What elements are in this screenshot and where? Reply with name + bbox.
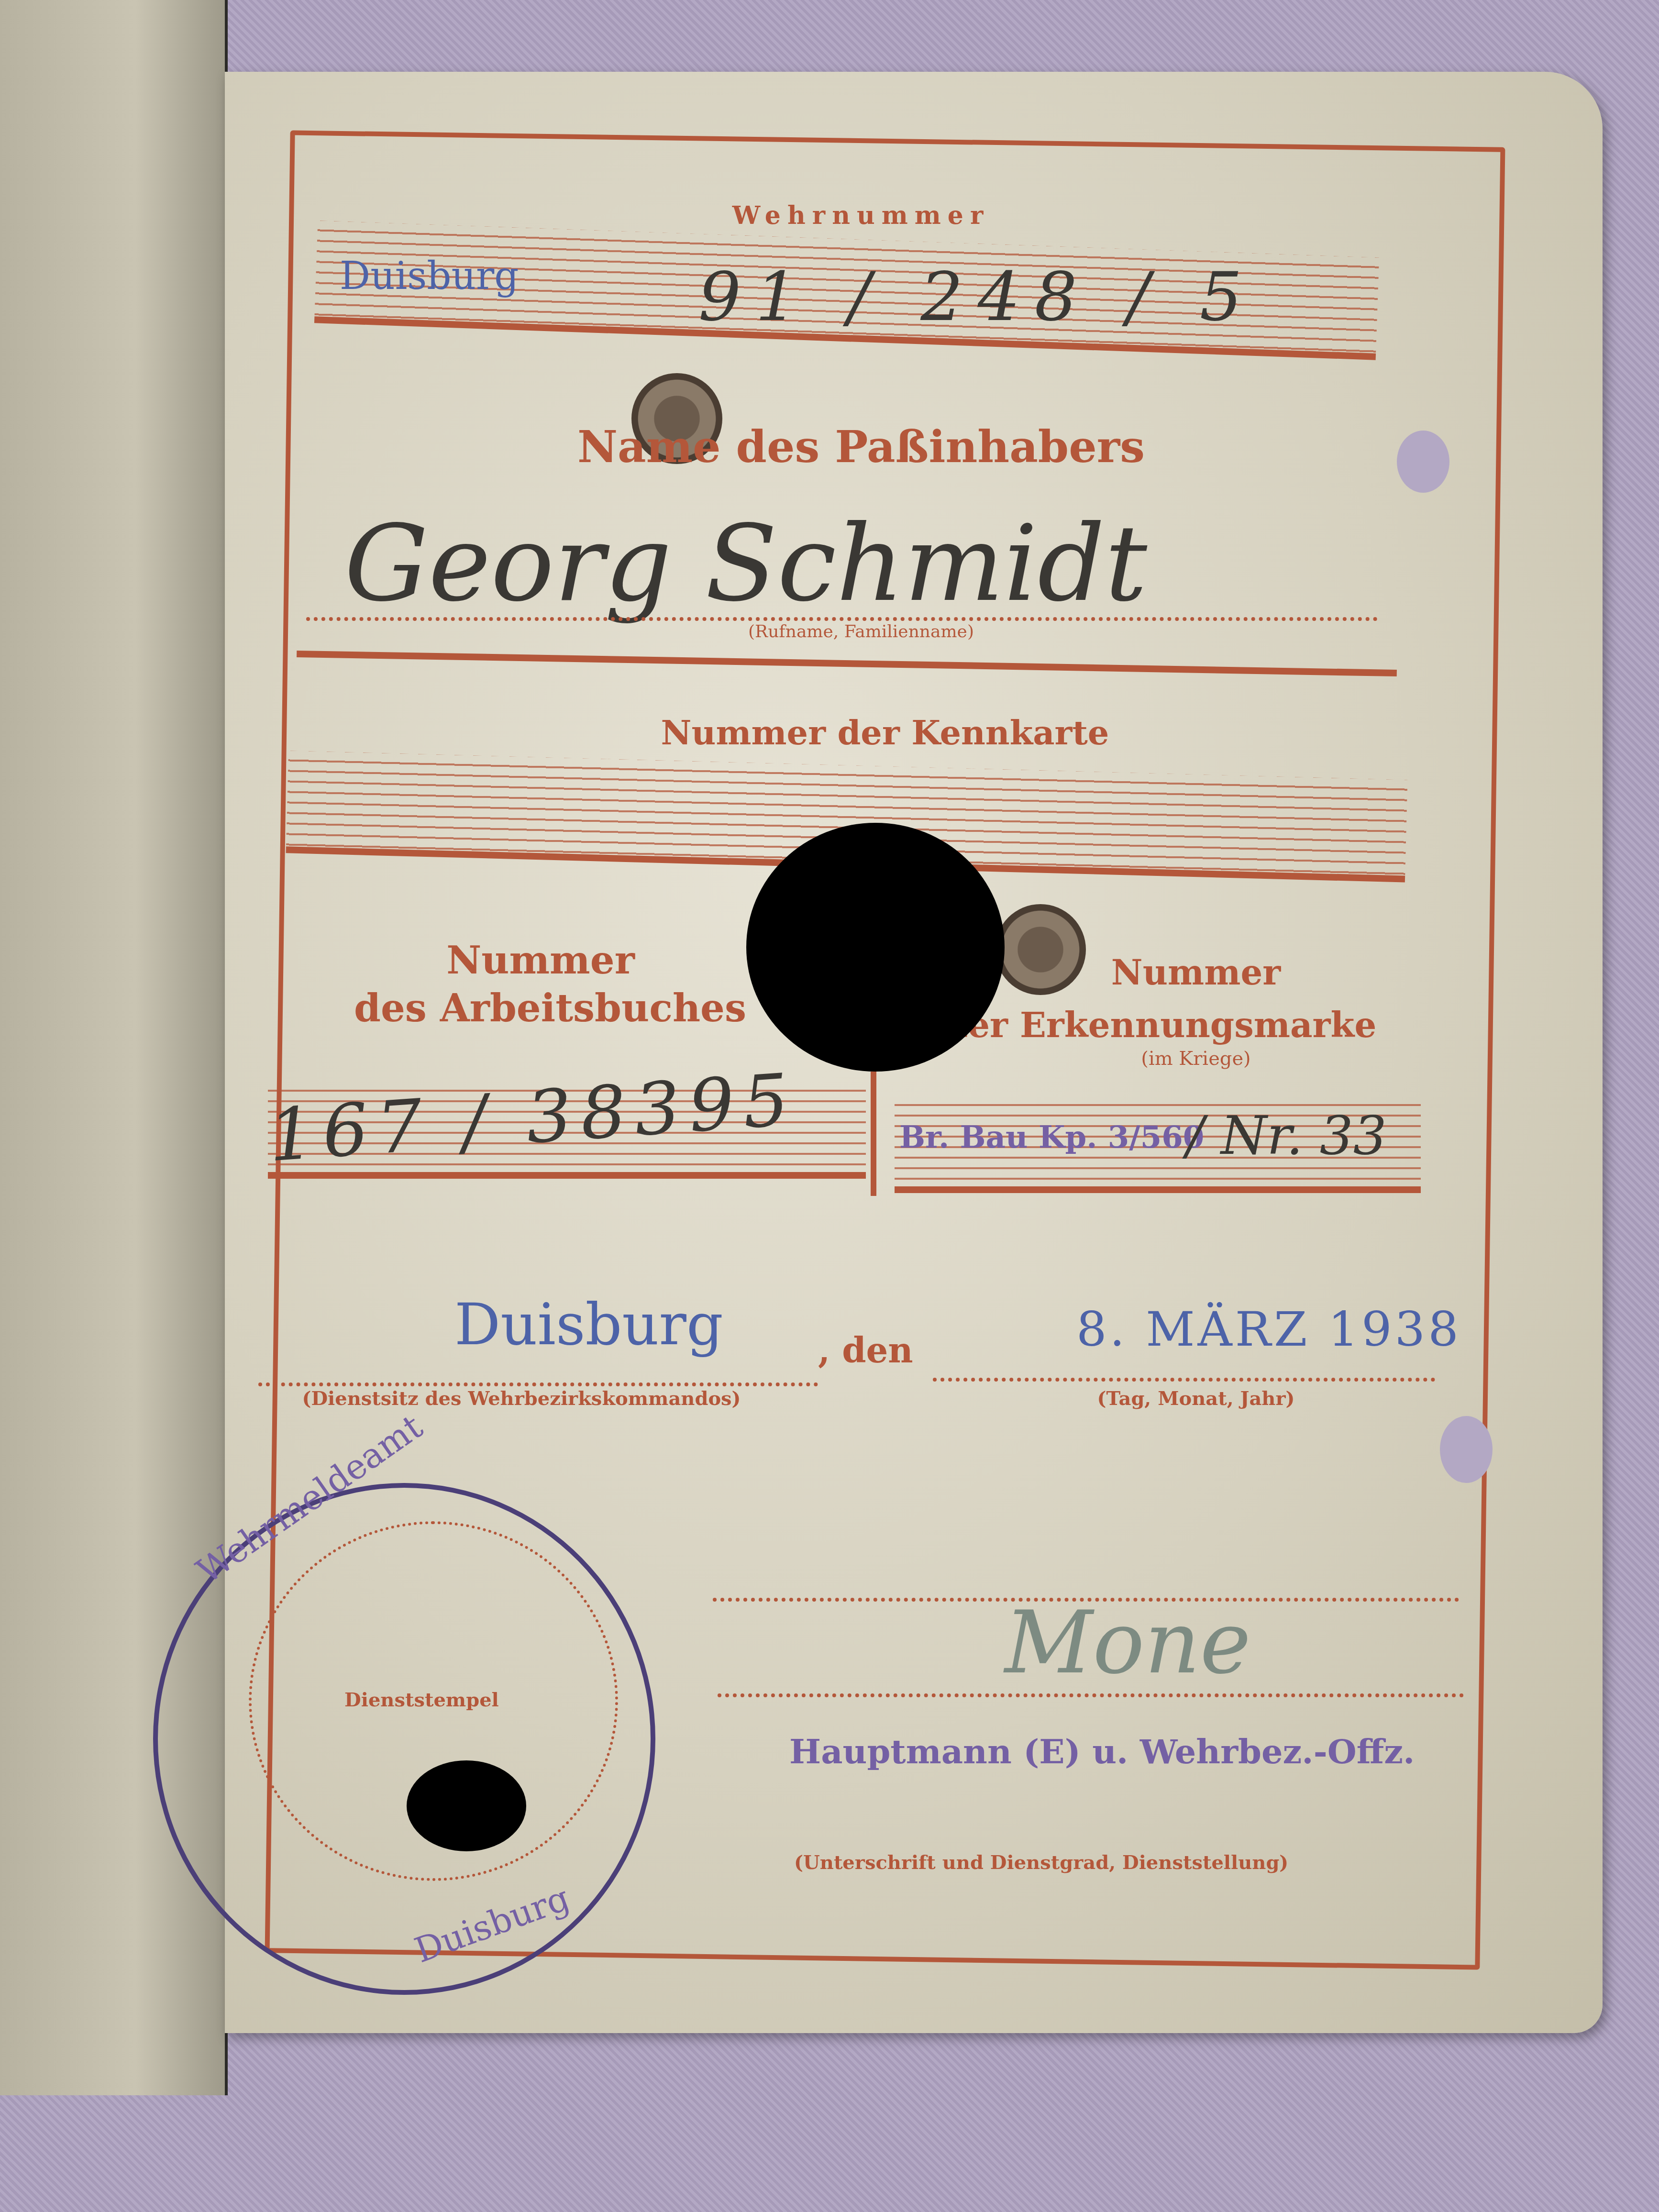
officer-rank-stamp: Hauptmann (E) u. Wehrbez.-Offz. (789, 1732, 1415, 1771)
date-hint: (Tag, Monat, Jahr) (1052, 1387, 1339, 1410)
place-line (258, 1378, 818, 1386)
name-label: Name des Paßinhabers (526, 421, 1196, 473)
place-hint: (Dienstsitz des Wehrbezirkskommandos) (258, 1387, 785, 1410)
place-value: Duisburg (454, 1292, 723, 1358)
den-label: , den (818, 1330, 913, 1371)
signature-hint: (Unterschrift und Dienstgrad, Dienststel… (794, 1851, 1288, 1874)
seal-label: Dienststempel (344, 1689, 499, 1711)
erkennungsmarke-hint: (im Kriege) (1076, 1048, 1316, 1070)
date-value: 8. MÄRZ 1938 (1076, 1301, 1461, 1357)
redaction-circle-small (407, 1760, 526, 1851)
arbeitsbuch-label-2: des Arbeitsbuches (335, 985, 765, 1030)
redaction-circle (746, 823, 1005, 1072)
binding-notch (1397, 431, 1449, 493)
wehrnummer-label: Wehrnummer (670, 201, 1052, 230)
wehrnummer-district: Duisburg (340, 254, 519, 298)
erkennungsmarke-handwritten: / Nr. 33 (1186, 1105, 1387, 1166)
holder-name: Georg Schmidt (344, 502, 1147, 625)
eyelet-rivet (995, 904, 1086, 995)
wehrnummer-value: 91 / 248 / 5 (698, 258, 1257, 336)
signature-line-bottom (718, 1689, 1464, 1697)
name-hint: (Rufname, Familienname) (670, 622, 1052, 641)
date-line (933, 1373, 1435, 1382)
name-line (306, 612, 1378, 621)
column-divider (871, 1072, 876, 1196)
binding-notch (1440, 1416, 1493, 1483)
kennkarte-label: Nummer der Kennkarte (598, 713, 1172, 752)
officer-signature: Mone (1005, 1593, 1251, 1693)
arbeitsbuch-label-1: Nummer (373, 938, 708, 983)
erkennungsmarke-stamp: Br. Bau Kp. 3/560 (899, 1119, 1204, 1155)
